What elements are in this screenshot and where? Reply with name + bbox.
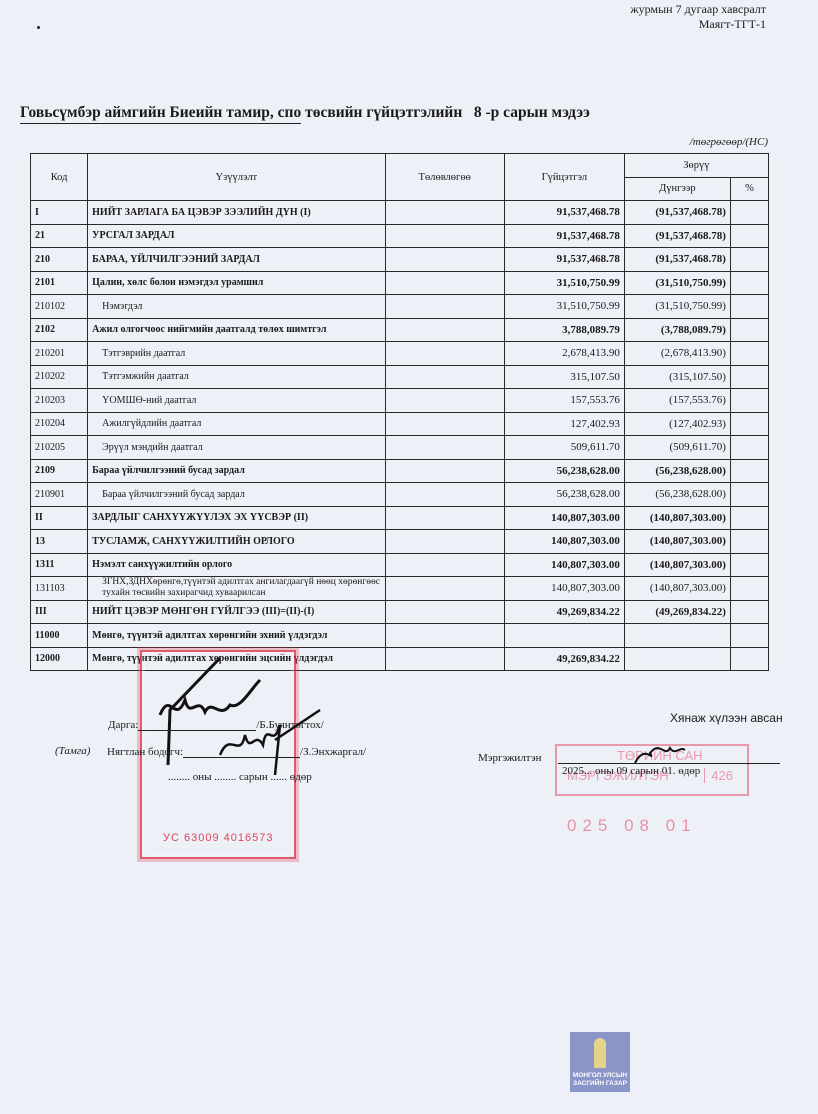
table-row: 131103ЗГНХ,ЗДНХөрөнгө,түүнтэй адилтгах а… <box>31 577 769 601</box>
row-code: II <box>31 506 88 530</box>
row-code: 210203 <box>31 389 88 413</box>
row-indicator: ЗГНХ,ЗДНХөрөнгө,түүнтэй адилтгах ангилаг… <box>88 577 385 601</box>
row-diff-amount: (140,807,303.00) <box>624 530 730 554</box>
header-difference: Зөрүү <box>624 154 768 178</box>
table-row: 210БАРАА, ҮЙЛЧИЛГЭЭНИЙ ЗАРДАЛ91,537,468.… <box>31 248 769 272</box>
row-indicator: Бараа үйлчилгээний бусад зардал <box>88 483 385 507</box>
row-diff-amount: (91,537,468.78) <box>624 224 730 248</box>
row-actual: 140,807,303.00 <box>504 553 624 577</box>
row-plan <box>385 412 504 436</box>
row-diff-percent <box>730 365 768 389</box>
row-actual: 509,611.70 <box>504 436 624 460</box>
row-indicator: Бараа үйлчилгээний бусад зардал <box>88 459 385 483</box>
row-code: 210201 <box>31 342 88 366</box>
row-plan <box>385 342 504 366</box>
director-label: Дарга: <box>108 719 138 731</box>
row-diff-percent <box>730 553 768 577</box>
review-date: 2025... оны 09 сарын 01. өдөр <box>562 765 700 777</box>
table-row: 210102Нэмэгдэл31,510,750.99(31,510,750.9… <box>31 295 769 319</box>
row-code: 2102 <box>31 318 88 342</box>
header-plan: Төлөвлөгөө <box>385 154 504 201</box>
row-indicator: БАРАА, ҮЙЛЧИЛГЭЭНИЙ ЗАРДАЛ <box>88 248 385 272</box>
table-row: IНИЙТ ЗАРЛАГА БА ЦЭВЭР ЗЭЭЛИЙН ДҮН (I)91… <box>31 201 769 225</box>
row-diff-percent <box>730 577 768 601</box>
row-plan <box>385 365 504 389</box>
row-diff-percent <box>730 647 768 671</box>
header-code: Код <box>31 154 88 201</box>
row-actual: 56,238,628.00 <box>504 459 624 483</box>
logo-line1: МОНГОЛ УЛСЫН <box>570 1072 630 1080</box>
budget-table: Код Үзүүлэлт Төлөвлөгөө Гүйцэтгэл Зөрүү … <box>30 153 769 671</box>
row-code: III <box>31 600 88 624</box>
row-actual: 140,807,303.00 <box>504 577 624 601</box>
row-code: 210205 <box>31 436 88 460</box>
row-diff-percent <box>730 248 768 272</box>
row-plan <box>385 271 504 295</box>
row-diff-percent <box>730 624 768 648</box>
row-diff-percent <box>730 342 768 366</box>
row-actual: 2,678,413.90 <box>504 342 624 366</box>
row-indicator: ЗАРДЛЫГ САНХҮҮЖҮҮЛЭХ ЭХ ҮҮСВЭР (II) <box>88 506 385 530</box>
row-code: 1311 <box>31 553 88 577</box>
row-diff-amount: (140,807,303.00) <box>624 577 730 601</box>
row-diff-amount: (49,269,834.22) <box>624 600 730 624</box>
row-plan <box>385 577 504 601</box>
row-indicator: НИЙТ ЗАРЛАГА БА ЦЭВЭР ЗЭЭЛИЙН ДҮН (I) <box>88 201 385 225</box>
row-diff-percent <box>730 459 768 483</box>
accountant-label: Нягтлан бодогч: <box>107 746 183 758</box>
row-diff-amount: (140,807,303.00) <box>624 506 730 530</box>
specialist-label: Мэргэжилтэн <box>478 752 542 764</box>
treasury-stamp-line1: ТӨРИЙН САН <box>617 748 703 763</box>
row-indicator: Ажил олгогчоос нийгмийн даатгалд төлөх ш… <box>88 318 385 342</box>
table-row: 210201Тэтгэврийн даатгал2,678,413.90(2,6… <box>31 342 769 366</box>
row-code: 210202 <box>31 365 88 389</box>
row-diff-amount <box>624 624 730 648</box>
row-actual: 140,807,303.00 <box>504 530 624 554</box>
row-actual: 315,107.50 <box>504 365 624 389</box>
row-actual: 31,510,750.99 <box>504 271 624 295</box>
row-diff-percent <box>730 318 768 342</box>
row-code: 11000 <box>31 624 88 648</box>
row-plan <box>385 600 504 624</box>
row-indicator: Цалин, хөлс болон нэмэгдэл урамшил <box>88 271 385 295</box>
row-plan <box>385 483 504 507</box>
table-row: 210901Бараа үйлчилгээний бусад зардал56,… <box>31 483 769 507</box>
reviewed-label: Хянаж хүлээн авсан <box>670 711 783 725</box>
row-code: 131103 <box>31 577 88 601</box>
row-plan <box>385 295 504 319</box>
row-diff-amount <box>624 647 730 671</box>
row-diff-percent <box>730 201 768 225</box>
row-indicator: Мөнгө, түүнтэй адилтгах хөрөнгийн эхний … <box>88 624 385 648</box>
row-diff-amount: (140,807,303.00) <box>624 553 730 577</box>
seal-number: УС 63009 4016573 <box>163 832 273 844</box>
row-plan <box>385 224 504 248</box>
table-row: 21УРСГАЛ ЗАРДАЛ91,537,468.78(91,537,468.… <box>31 224 769 248</box>
row-actual: 49,269,834.22 <box>504 600 624 624</box>
row-plan <box>385 318 504 342</box>
row-plan <box>385 647 504 671</box>
row-plan <box>385 201 504 225</box>
treasury-stamp-number: 426 <box>704 768 733 783</box>
row-diff-amount: (31,510,750.99) <box>624 295 730 319</box>
row-diff-amount: (315,107.50) <box>624 365 730 389</box>
row-diff-percent <box>730 224 768 248</box>
row-plan <box>385 506 504 530</box>
soyombo-icon <box>594 1038 606 1068</box>
row-diff-percent <box>730 271 768 295</box>
table-row: 2102Ажил олгогчоос нийгмийн даатгалд төл… <box>31 318 769 342</box>
document-title: Говьсүмбэр аймгийн Биеийн тамир, спо төс… <box>20 104 590 122</box>
row-actual: 157,553.76 <box>504 389 624 413</box>
specialist-signature-line <box>558 763 780 764</box>
row-diff-amount: (509,611.70) <box>624 436 730 460</box>
government-logo: МОНГОЛ УЛСЫН ЗАСГИЙН ГАЗАР <box>570 1032 630 1092</box>
row-code: 210901 <box>31 483 88 507</box>
row-actual: 31,510,750.99 <box>504 295 624 319</box>
table-row: 210204Ажилгүйдлийн даатгал127,402.93(127… <box>31 412 769 436</box>
appendix-note: журмын 7 дугаар хавсралт Маягт-ТГТ-1 <box>630 2 766 32</box>
row-actual <box>504 624 624 648</box>
logo-line2: ЗАСГИЙН ГАЗАР <box>570 1080 630 1088</box>
row-diff-amount: (157,553.76) <box>624 389 730 413</box>
row-actual: 140,807,303.00 <box>504 506 624 530</box>
row-indicator: Тэтгэмжийн даатгал <box>88 365 385 389</box>
director-name: /Б.Буянтогтох/ <box>256 719 323 731</box>
row-diff-amount: (56,238,628.00) <box>624 483 730 507</box>
row-plan <box>385 436 504 460</box>
row-code: 210102 <box>31 295 88 319</box>
table-row: 2101Цалин, хөлс болон нэмэгдэл урамшил31… <box>31 271 769 295</box>
director-signature-row: Дарга:/Б.Буянтогтох/ <box>108 719 324 731</box>
header-diff-percent: % <box>730 177 768 201</box>
row-plan <box>385 530 504 554</box>
table-row: 210205Эрүүл мэндийн даатгал509,611.70(50… <box>31 436 769 460</box>
row-indicator: ҮОМШӨ-ний даатгал <box>88 389 385 413</box>
table-row: 2109Бараа үйлчилгээний бусад зардал56,23… <box>31 459 769 483</box>
row-diff-amount: (3,788,089.79) <box>624 318 730 342</box>
form-code: Маягт-ТГТ-1 <box>630 17 766 32</box>
row-plan <box>385 624 504 648</box>
currency-unit: /төгрөгөөр/(НС) <box>690 136 768 148</box>
row-actual: 91,537,468.78 <box>504 224 624 248</box>
row-diff-amount: (56,238,628.00) <box>624 459 730 483</box>
title-month: 8 -р сарын мэдээ <box>474 104 590 121</box>
accountant-name: /З.Энхжаргал/ <box>300 746 366 758</box>
row-indicator: Тэтгэврийн даатгал <box>88 342 385 366</box>
table-row: 210203ҮОМШӨ-ний даатгал157,553.76(157,55… <box>31 389 769 413</box>
row-code: 12000 <box>31 647 88 671</box>
row-code: 13 <box>31 530 88 554</box>
row-diff-percent <box>730 506 768 530</box>
row-code: 210204 <box>31 412 88 436</box>
row-actual: 56,238,628.00 <box>504 483 624 507</box>
row-actual: 91,537,468.78 <box>504 248 624 272</box>
row-actual: 3,788,089.79 <box>504 318 624 342</box>
header-indicator: Үзүүлэлт <box>88 154 385 201</box>
row-diff-amount: (2,678,413.90) <box>624 342 730 366</box>
row-diff-percent <box>730 436 768 460</box>
table-row: IIЗАРДЛЫГ САНХҮҮЖҮҮЛЭХ ЭХ ҮҮСВЭР (II)140… <box>31 506 769 530</box>
table-row: 210202Тэтгэмжийн даатгал315,107.50(315,1… <box>31 365 769 389</box>
row-diff-amount: (127,402.93) <box>624 412 730 436</box>
row-indicator: Нэмэлт санхүүжилтийн орлого <box>88 553 385 577</box>
row-code: 210 <box>31 248 88 272</box>
row-indicator: УРСГАЛ ЗАРДАЛ <box>88 224 385 248</box>
row-actual: 91,537,468.78 <box>504 201 624 225</box>
seal-label: (Тамга) <box>55 745 90 757</box>
scan-speck <box>37 26 40 29</box>
row-plan <box>385 389 504 413</box>
table-row: 1311Нэмэлт санхүүжилтийн орлого140,807,3… <box>31 553 769 577</box>
table-row: 11000Мөнгө, түүнтэй адилтгах хөрөнгийн э… <box>31 624 769 648</box>
row-indicator: Ажилгүйдлийн даатгал <box>88 412 385 436</box>
row-diff-percent <box>730 295 768 319</box>
row-diff-amount: (91,537,468.78) <box>624 201 730 225</box>
row-diff-percent <box>730 530 768 554</box>
row-diff-amount: (31,510,750.99) <box>624 271 730 295</box>
row-diff-percent <box>730 600 768 624</box>
row-code: 21 <box>31 224 88 248</box>
appendix-line: журмын 7 дугаар хавсралт <box>630 2 766 17</box>
row-actual: 49,269,834.22 <box>504 647 624 671</box>
row-diff-amount: (91,537,468.78) <box>624 248 730 272</box>
row-code: 2109 <box>31 459 88 483</box>
row-diff-percent <box>730 483 768 507</box>
row-code: 2101 <box>31 271 88 295</box>
row-plan <box>385 459 504 483</box>
row-indicator: ТУСЛАМЖ, САНХҮҮЖИЛТИЙН ОРЛОГО <box>88 530 385 554</box>
table-row: IIIНИЙТ ЦЭВЭР МӨНГӨН ГҮЙЛГЭЭ (III)=(II)-… <box>31 600 769 624</box>
logo-text: МОНГОЛ УЛСЫН ЗАСГИЙН ГАЗАР <box>570 1072 630 1088</box>
header-diff-amount: Дүнгээр <box>624 177 730 201</box>
row-code: I <box>31 201 88 225</box>
title-subject: төсвийн гүйцэтгэлийн <box>305 104 462 121</box>
row-diff-percent <box>730 389 768 413</box>
row-indicator: Нэмэгдэл <box>88 295 385 319</box>
row-indicator: НИЙТ ЦЭВЭР МӨНГӨН ГҮЙЛГЭЭ (III)=(II)-(I) <box>88 600 385 624</box>
received-date-stamp: 025 08 01 <box>567 816 697 836</box>
table-row: 13ТУСЛАМЖ, САНХҮҮЖИЛТИЙН ОРЛОГО140,807,3… <box>31 530 769 554</box>
row-indicator: Эрүүл мэндийн даатгал <box>88 436 385 460</box>
accountant-signature-row: Нягтлан бодогч:/З.Энхжаргал/ <box>107 746 366 758</box>
row-plan <box>385 553 504 577</box>
sign-date: ........ оны ........ сарын ...... өдөр <box>168 771 312 783</box>
row-plan <box>385 248 504 272</box>
row-actual: 127,402.93 <box>504 412 624 436</box>
title-organization: Говьсүмбэр аймгийн Биеийн тамир, спо <box>20 104 301 124</box>
row-diff-percent <box>730 412 768 436</box>
header-actual: Гүйцэтгэл <box>504 154 624 201</box>
